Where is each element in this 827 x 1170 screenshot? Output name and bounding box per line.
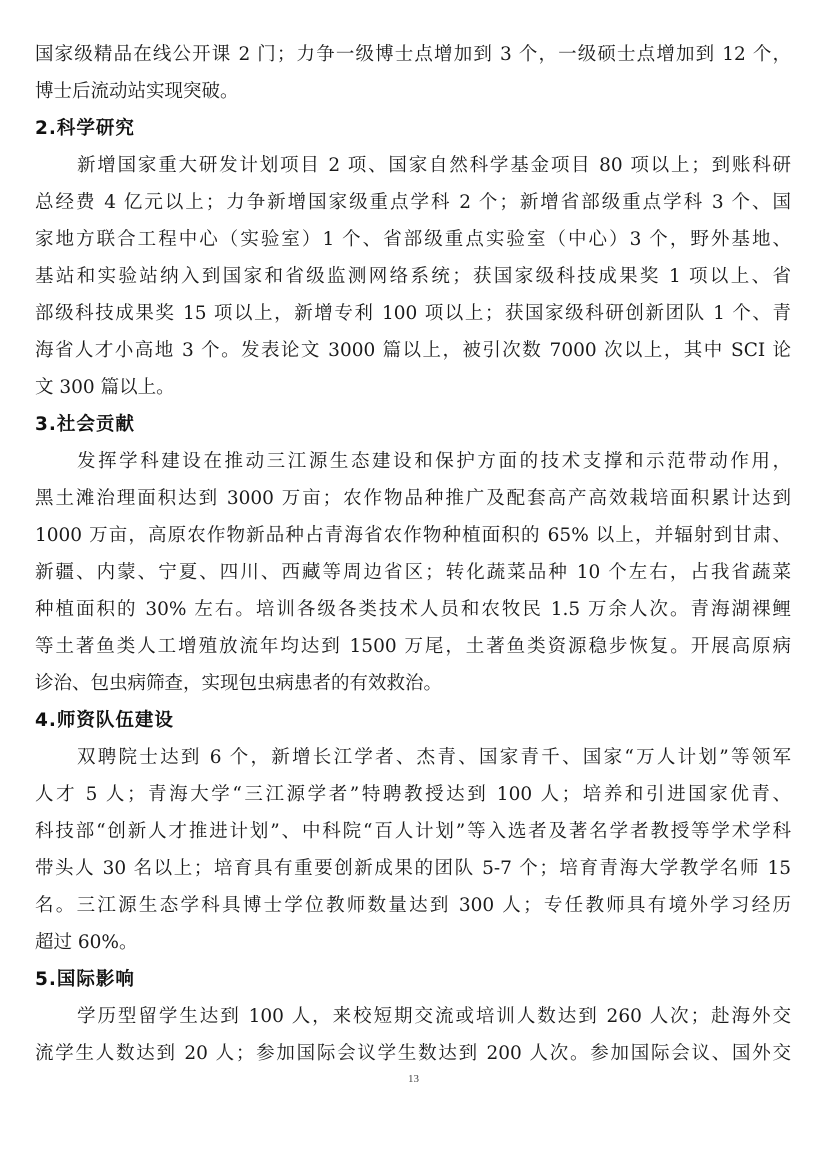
text-line: 人才 5 人；青海大学“三江源学者”特聘教授达到 100 人；培养和引进国家优青… bbox=[35, 776, 791, 813]
text-line: 双聘院士达到 6 个，新增长江学者、杰青、国家青千、国家“万人计划”等领军 bbox=[35, 739, 791, 776]
paragraph-continuation: 国家级精品在线公开课 2 门；力争一级博士点增加到 3 个，一级硕士点增加到 1… bbox=[35, 36, 791, 110]
section-heading: 3.社会贡献 bbox=[35, 406, 791, 443]
section-faculty-development: 4.师资队伍建设 双聘院士达到 6 个，新增长江学者、杰青、国家青千、国家“万人… bbox=[35, 702, 791, 961]
text-line: 部级科技成果奖 15 项以上，新增专利 100 项以上；获国家级科研创新团队 1… bbox=[35, 295, 791, 332]
text-line: 新疆、内蒙、宁夏、四川、西藏等周边省区；转化蔬菜品种 10 个左右，占我省蔬菜 bbox=[35, 554, 791, 591]
section-scientific-research: 2.科学研究 新增国家重大研发计划项目 2 项、国家自然科学基金项目 80 项以… bbox=[35, 110, 791, 406]
text-line: 文 300 篇以上。 bbox=[35, 369, 791, 406]
text-line: 种植面积的 30% 左右。培训各级各类技术人员和农牧民 1.5 万余人次。青海湖… bbox=[35, 591, 791, 628]
section-international-influence: 5.国际影响 学历型留学生达到 100 人，来校短期交流或培训人数达到 260 … bbox=[35, 961, 791, 1072]
text-line: 名。三江源生态学科具博士学位教师数量达到 300 人；专任教师具有境外学习经历 bbox=[35, 887, 791, 924]
text-line: 黑土滩治理面积达到 3000 万亩；农作物品种推广及配套高产高效栽培面积累计达到 bbox=[35, 480, 791, 517]
text-line: 带头人 30 名以上；培育具有重要创新成果的团队 5-7 个；培育青海大学教学名… bbox=[35, 850, 791, 887]
text-line: 总经费 4 亿元以上；力争新增国家级重点学科 2 个；新增省部级重点学科 3 个… bbox=[35, 184, 791, 221]
section-heading: 2.科学研究 bbox=[35, 110, 791, 147]
text-line: 诊治、包虫病筛查，实现包虫病患者的有效救治。 bbox=[35, 665, 791, 702]
text-line: 科技部“创新人才推进计划”、中科院“百人计划”等入选者及著名学者教授等学术学科 bbox=[35, 813, 791, 850]
section-social-contribution: 3.社会贡献 发挥学科建设在推动三江源生态建设和保护方面的技术支撑和示范带动作用… bbox=[35, 406, 791, 702]
text-line: 1000 万亩，高原农作物新品种占青海省农作物种植面积的 65% 以上，并辐射到… bbox=[35, 517, 791, 554]
text-line: 博士后流动站实现突破。 bbox=[35, 73, 791, 110]
document-page: 国家级精品在线公开课 2 门；力争一级博士点增加到 3 个，一级硕士点增加到 1… bbox=[35, 36, 791, 1072]
text-line: 基站和实验站纳入到国家和省级监测网络系统；获国家级科技成果奖 1 项以上、省 bbox=[35, 258, 791, 295]
section-heading: 4.师资队伍建设 bbox=[35, 702, 791, 739]
text-line: 发挥学科建设在推动三江源生态建设和保护方面的技术支撑和示范带动作用， bbox=[35, 443, 791, 480]
text-line: 等土著鱼类人工增殖放流年均达到 1500 万尾，土著鱼类资源稳步恢复。开展高原病 bbox=[35, 628, 791, 665]
text-line: 国家级精品在线公开课 2 门；力争一级博士点增加到 3 个，一级硕士点增加到 1… bbox=[35, 36, 791, 73]
section-heading: 5.国际影响 bbox=[35, 961, 791, 998]
text-line: 学历型留学生达到 100 人，来校短期交流或培训人数达到 260 人次；赴海外交 bbox=[35, 998, 791, 1035]
text-line: 超过 60%。 bbox=[35, 924, 791, 961]
text-line: 家地方联合工程中心（实验室）1 个、省部级重点实验室（中心）3 个，野外基地、 bbox=[35, 221, 791, 258]
text-line: 海省人才小高地 3 个。发表论文 3000 篇以上，被引次数 7000 次以上，… bbox=[35, 332, 791, 369]
text-line: 新增国家重大研发计划项目 2 项、国家自然科学基金项目 80 项以上；到账科研 bbox=[35, 147, 791, 184]
page-number: 13 bbox=[0, 1073, 827, 1085]
text-line: 流学生人数达到 20 人；参加国际会议学生数达到 200 人次。参加国际会议、国… bbox=[35, 1035, 791, 1072]
